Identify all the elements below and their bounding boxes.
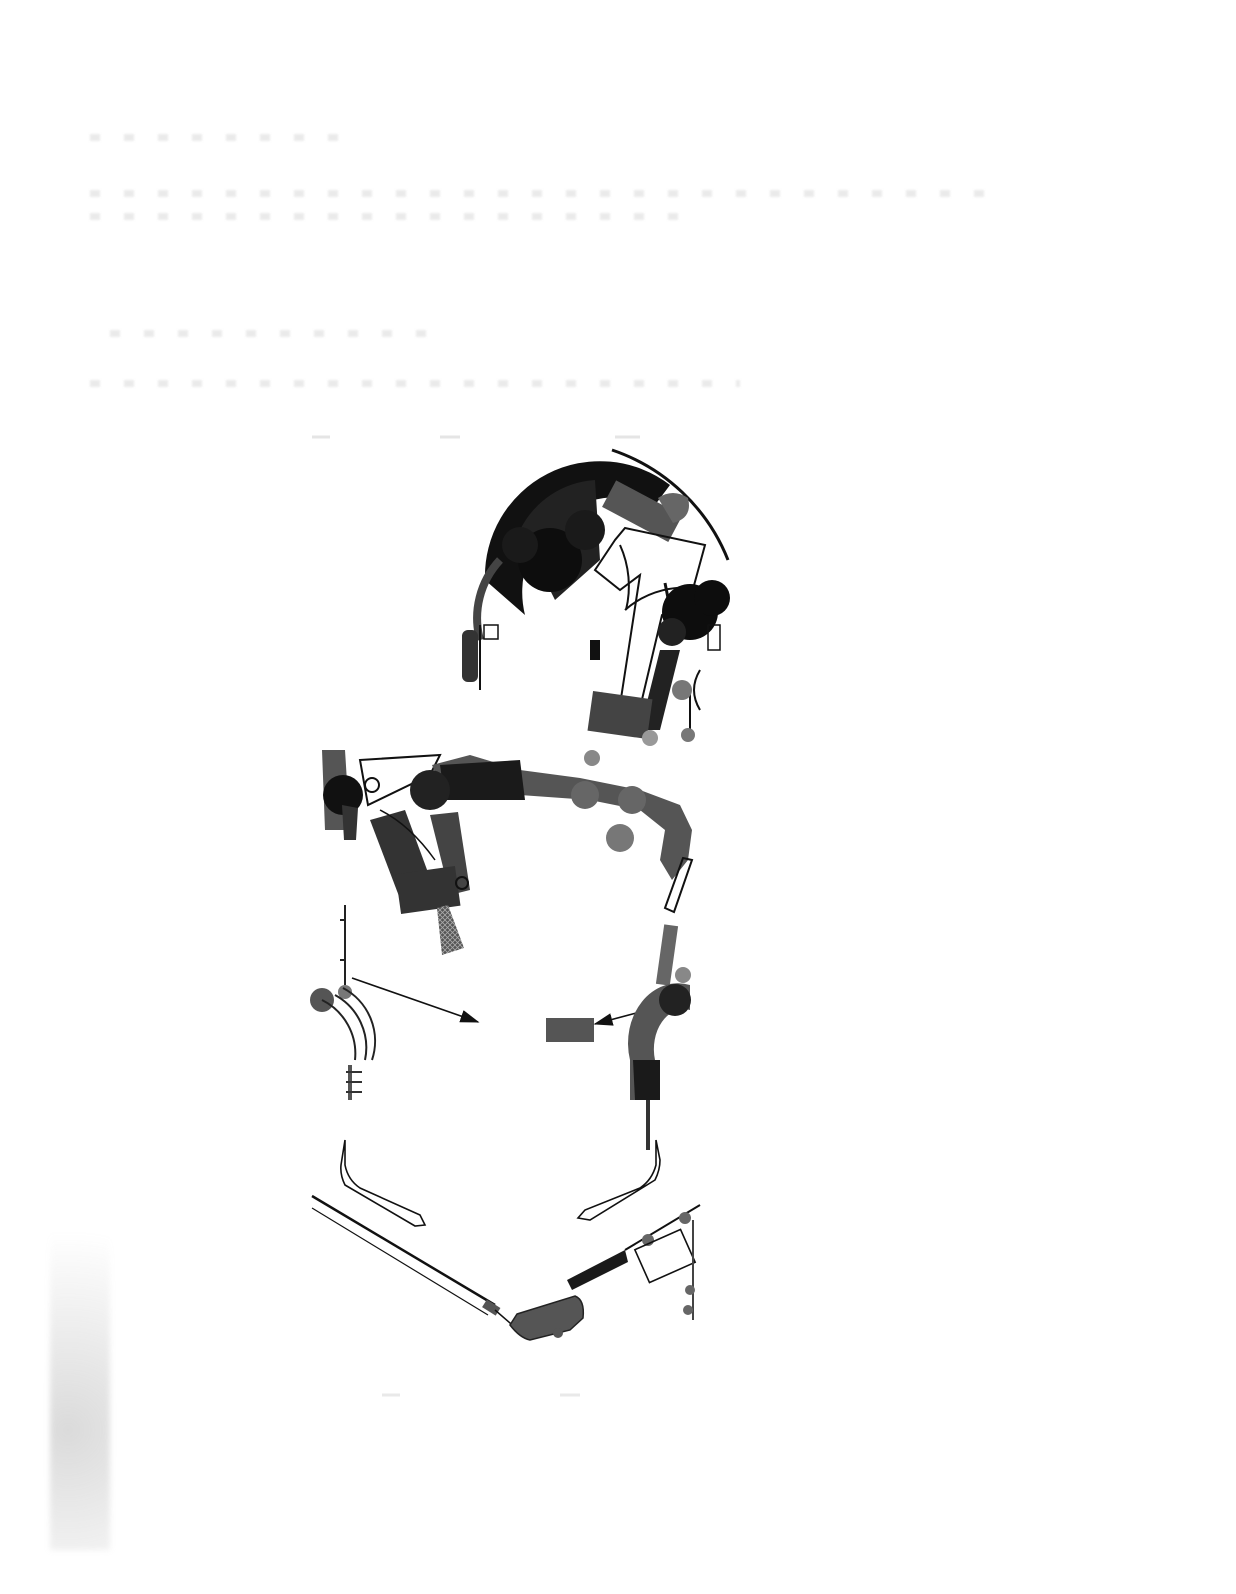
upper-ramp-assembly — [462, 450, 730, 766]
left-lane — [310, 905, 375, 1100]
playfield-figure — [0, 0, 1236, 1594]
target-box — [546, 1018, 594, 1042]
left-inlane-guide — [341, 1140, 425, 1226]
lower-playfield — [312, 1140, 700, 1340]
flipper — [510, 1296, 583, 1340]
mid-ramp-assembly — [322, 750, 692, 986]
right-lower-ramp — [628, 983, 691, 1150]
callouts — [352, 978, 655, 1042]
right-inlane-guide — [578, 1140, 660, 1220]
